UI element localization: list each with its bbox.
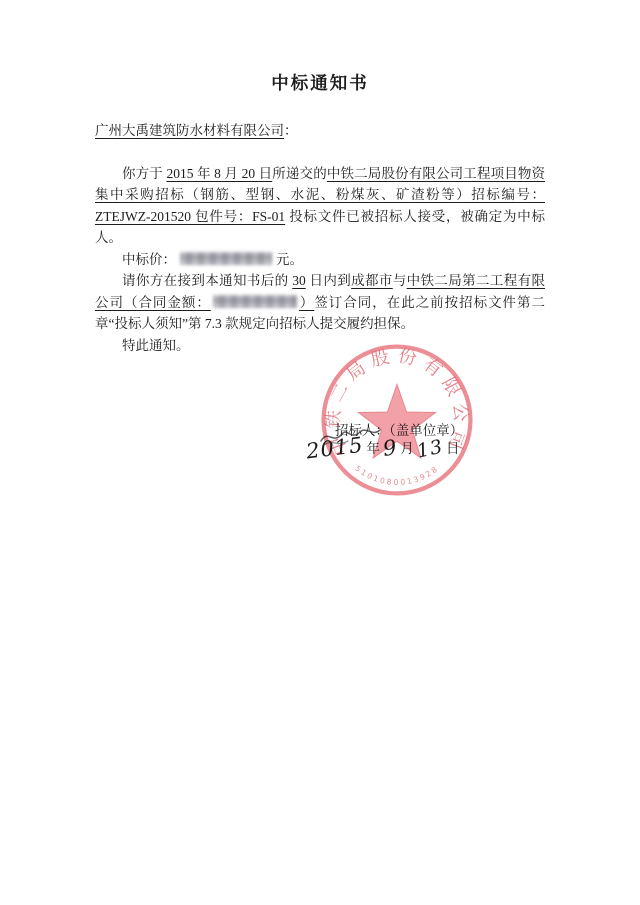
text-segment: 请你方在接到本通知书后的 xyxy=(122,273,292,288)
text-segment: 你方于 xyxy=(122,166,166,181)
day-unit: 日 xyxy=(446,441,460,456)
text-segment: 与 xyxy=(393,273,407,288)
seal-registration-code: 5101080013928 xyxy=(353,464,440,487)
bid-price-label: 中标价： xyxy=(122,252,176,267)
paragraph-bid-price: 中标价：元。 xyxy=(95,249,545,271)
recipient-name: 广州大禹建筑防水材料有限公司 xyxy=(95,123,284,138)
paragraph-bid-acceptance: 你方于 2015 年 8 月 20 日所递交的中铁二局股份有限公司工程项目物资集… xyxy=(95,163,545,249)
handwritten-day: 13 xyxy=(415,436,445,463)
submission-date: 2015 年 8 月 20 日 xyxy=(166,166,272,181)
document-title: 中标通知书 xyxy=(0,0,640,95)
redacted-contract-amount xyxy=(213,295,297,308)
handwritten-month: 9 xyxy=(382,435,399,461)
document-body: 广州大禹建筑防水材料有限公司： 你方于 2015 年 8 月 20 日所递交的中… xyxy=(95,120,545,356)
closing-paren: ） xyxy=(299,295,314,310)
handwritten-year: 2015 xyxy=(305,433,365,464)
handwritten-date-line: 2015年9月13日 xyxy=(306,436,463,460)
redacted-bid-price-amount xyxy=(180,252,272,265)
bid-price-unit: 元。 xyxy=(276,252,303,267)
paragraph-notice-closing: 特此通知。 xyxy=(95,335,545,357)
text-segment: 所递交的 xyxy=(272,166,327,181)
recipient-line: 广州大禹建筑防水材料有限公司： xyxy=(95,120,545,142)
text-segment: 日内到 xyxy=(306,273,351,288)
redacted-contract-amount-wrap xyxy=(211,295,299,310)
days-number: 30 xyxy=(292,273,306,288)
city-name: 成都市 xyxy=(351,273,393,288)
recipient-colon: ： xyxy=(284,123,298,138)
year-unit: 年 xyxy=(366,441,380,456)
scanned-document-page: 中标通知书 广州大禹建筑防水材料有限公司： 你方于 2015 年 8 月 20 … xyxy=(0,0,640,905)
paragraph-contract-signing: 请你方在接到本通知书后的 30 日内到成都市与中铁二局第二工程有限公司（合同金额… xyxy=(95,270,545,335)
month-unit: 月 xyxy=(400,441,414,456)
